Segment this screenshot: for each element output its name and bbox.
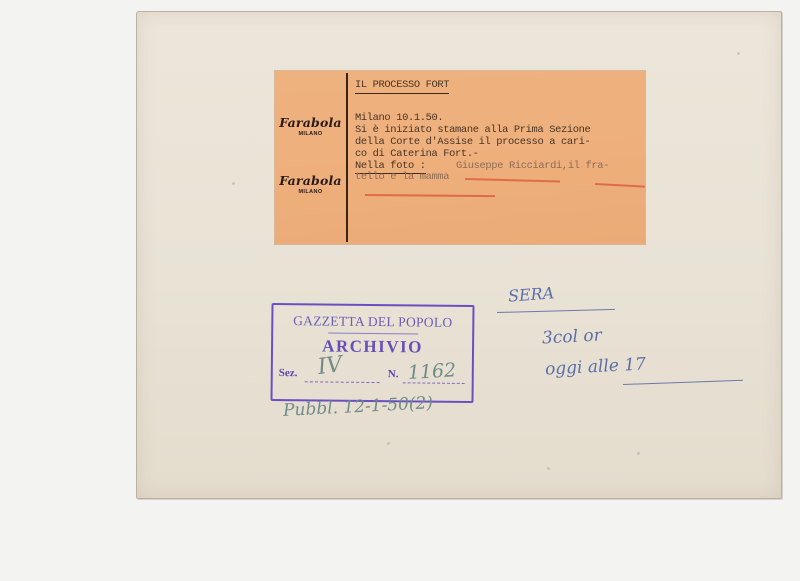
agency-city: MILANO [275, 130, 346, 138]
stamp-department: ARCHIVIO [273, 336, 472, 358]
caption-dateline: Milano 10.1.50. [355, 113, 443, 125]
paper-speck [387, 442, 390, 445]
red-underline [365, 194, 495, 197]
agency-logo: Farabola MILANO [275, 174, 346, 196]
stamp-number-label: N. [388, 368, 399, 380]
label-divider [346, 73, 348, 242]
caption-line: Si è iniziato stamane alla Prima Sezione [355, 125, 590, 137]
caption-line: della Corte d'Assise il processo a cari- [355, 137, 590, 149]
photo-caption-continued: tello e la mamma [355, 172, 449, 184]
archive-stamp: GAZZETTA DEL POPOLO ARCHIVIO Sez. IV N. … [270, 303, 474, 403]
paper-speck [547, 467, 550, 470]
agency-logo: Farabola MILANO [275, 116, 346, 138]
agency-name: Farabola [275, 174, 346, 188]
paper-speck [737, 52, 740, 55]
stamp-section-value: IV [316, 352, 344, 380]
caption-label: Farabola MILANO Farabola MILANO IL PROCE… [275, 71, 645, 244]
red-underline [465, 178, 560, 182]
caption-line: co di Caterina Fort.- [355, 149, 479, 161]
photo-caption: Giuseppe Ricciardi,il fra- [456, 161, 609, 173]
layout-note: 3col or [542, 325, 603, 348]
stamp-section-label: Sez. [279, 367, 298, 379]
stamp-section-line [305, 381, 380, 383]
edition-note: SERA [507, 283, 554, 305]
red-underline [595, 183, 645, 187]
stamp-number-value: 1162 [407, 359, 457, 384]
stamp-rule [328, 333, 418, 335]
stamp-newspaper: GAZZETTA DEL POPOLO [273, 313, 472, 331]
agency-name: Farabola [275, 116, 346, 130]
paper-speck [232, 182, 235, 185]
caption-title: IL PROCESSO FORT [355, 80, 449, 94]
paper-speck [637, 452, 640, 455]
agency-city: MILANO [275, 188, 346, 196]
